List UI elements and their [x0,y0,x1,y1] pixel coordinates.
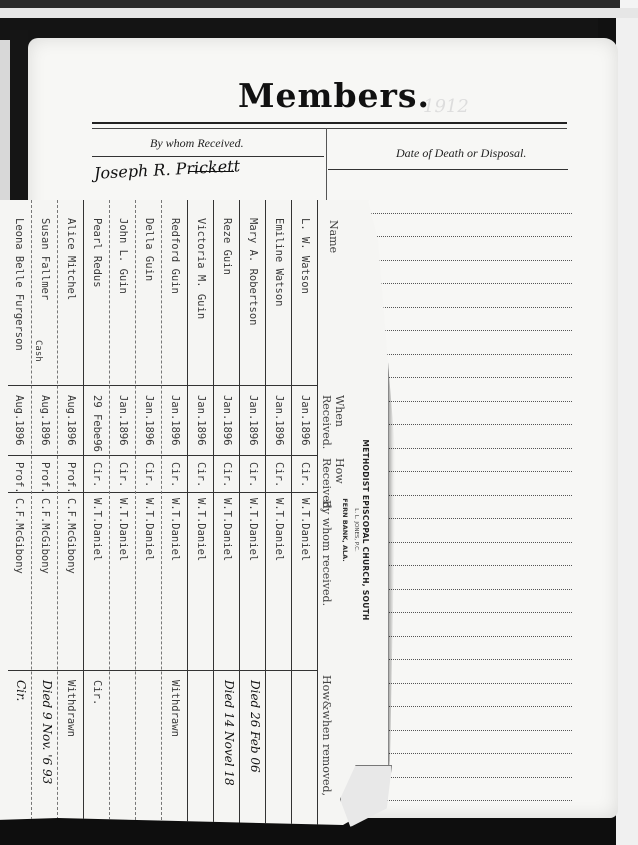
how-received: Cir. [143,462,155,487]
bleed-through-year: 1912 [423,96,469,117]
column-header-date-of-death: Date of Death or Disposal. [396,146,526,161]
how-received: Prof. [13,462,25,494]
how-received: Cir. [299,462,311,487]
table-row: John L. Guin Jan.1896 Cir. W.T.Daniel [110,200,136,825]
received-by: C.F.McGibony [39,498,51,574]
slip-header-how-received: How Received, [320,458,346,498]
when-received: Jan.1896 [169,395,181,446]
removed-note: Withdrawn [169,680,181,737]
how-received: Cir. [117,462,129,487]
received-by: C.F.McGibony [13,498,25,574]
how-received: Cir. [221,462,233,487]
when-received: Jan.1896 [195,395,207,446]
member-name: Leona Belle Furgerson [13,218,25,351]
received-by: W.T.Daniel [299,498,311,561]
table-row: Victoria M. Guin Jan.1896 Cir. W.T.Danie… [188,200,214,825]
member-name: Emiline Watson [273,218,285,307]
page-edge-right [616,18,638,845]
member-name: John L. Guin [117,218,129,294]
slip-rotated-content: METHODIST EPISCOPAL CHURCH, SOUTH L. L. … [0,200,388,825]
member-name: Pearl Redus [91,218,103,288]
how-received: Cir. [91,462,103,487]
member-name: Reze Guin [221,218,233,275]
table-row: Reze Guin Jan.1896 Cir. W.T.Daniel Died … [214,200,240,825]
when-received: Jan.1896 [247,395,259,446]
book-edge-top [0,0,620,8]
when-received: Jan.1896 [299,395,311,446]
member-name: L. W. Watson [299,218,311,294]
membership-table: L. W. Watson Jan.1896 Cir. W.T.Daniel Em… [6,200,318,825]
removed-note: Cir. [91,680,103,705]
how-received: Cir. [247,462,259,487]
removed-note-handwritten: Died 14 Novel 18 [222,680,236,786]
when-received: Jan.1896 [273,395,285,446]
book-binding-left [10,30,28,210]
slip-header-name: Name [327,220,340,253]
when-received: Aug.1896 [39,395,51,446]
slip-header-when-received: When Received. [320,395,346,455]
handwritten-entry: Joseph R. Prickett [94,156,241,183]
received-by: W.T.Daniel [247,498,259,561]
removed-note-handwritten: Died 26 Feb 06 [248,680,262,773]
table-row: Redford Guin Jan.1896 Cir. W.T.Daniel Wi… [162,200,188,825]
slip-header-by-whom: By whom received. [320,500,333,606]
member-name: Mary A. Robertson [247,218,259,325]
member-name: Alice Mitchel [65,218,77,300]
removed-note: Withdrawn [65,680,77,737]
when-received: Aug.1896 [13,395,25,446]
received-by: W.T.Daniel [169,498,181,561]
pastor-name: L. L. JONES, P.C. [353,370,359,690]
how-received: Cir. [195,462,207,487]
how-received: Prof. [39,462,51,494]
how-received: Prof. [65,462,77,494]
table-row: Leona Belle Furgerson Aug.1896 Prof. C.F… [6,200,32,825]
when-received: Jan.1896 [221,395,233,446]
page-edge-left [0,40,10,210]
received-by: W.T.Daniel [143,498,155,561]
when-received: Aug.1896 [65,395,77,446]
header-rule [92,122,567,129]
when-received: 29 Febe96 [91,395,103,452]
when-received: Jan.1896 [143,395,155,446]
member-name: Susan Fallmer [39,218,51,300]
table-row: Mary A. Robertson Jan.1896 Cir. W.T.Dani… [240,200,266,825]
received-by: W.T.Daniel [195,498,207,561]
slip-header-removed: How&when removed, [320,675,333,796]
member-name: Victoria M. Guin [195,218,207,319]
table-row: Susan Fallmer Cash Aug.1896 Prof. C.F.Mc… [32,200,58,825]
received-by: W.T.Daniel [221,498,233,561]
removed-note-handwritten: Died 9 Nov. '6 93 [40,680,54,784]
header-underline-right [328,169,568,170]
table-row: Alice Mitchel Aug.1896 Prof. C.F.McGibon… [58,200,84,825]
strikethrough-mark [188,171,234,172]
page-title: Members. [238,76,430,115]
member-name: Della Guin [143,218,155,281]
church-membership-slip: METHODIST EPISCOPAL CHURCH, SOUTH L. L. … [0,200,389,825]
member-name: Redford Guin [169,218,181,294]
column-header-by-whom-received: By whom Received. [150,136,244,151]
table-row: Della Guin Jan.1896 Cir. W.T.Daniel [136,200,162,825]
how-received: Cir. [273,462,285,487]
received-by: C.F.McGibony [65,498,77,574]
received-by: W.T.Daniel [117,498,129,561]
table-row: Emiline Watson Jan.1896 Cir. W.T.Daniel [266,200,292,825]
table-row: L. W. Watson Jan.1896 Cir. W.T.Daniel [292,200,318,825]
received-by: W.T.Daniel [91,498,103,561]
when-received: Jan.1896 [117,395,129,446]
how-received: Cir. [169,462,181,487]
removed-note-handwritten: Cir. [14,680,28,701]
table-row: Pearl Redus 29 Febe96 Cir. W.T.Daniel Ci… [84,200,110,825]
row-annotation: Cash [33,340,43,362]
received-by: W.T.Daniel [273,498,285,561]
church-name: METHODIST EPISCOPAL CHURCH, SOUTH [361,370,370,690]
